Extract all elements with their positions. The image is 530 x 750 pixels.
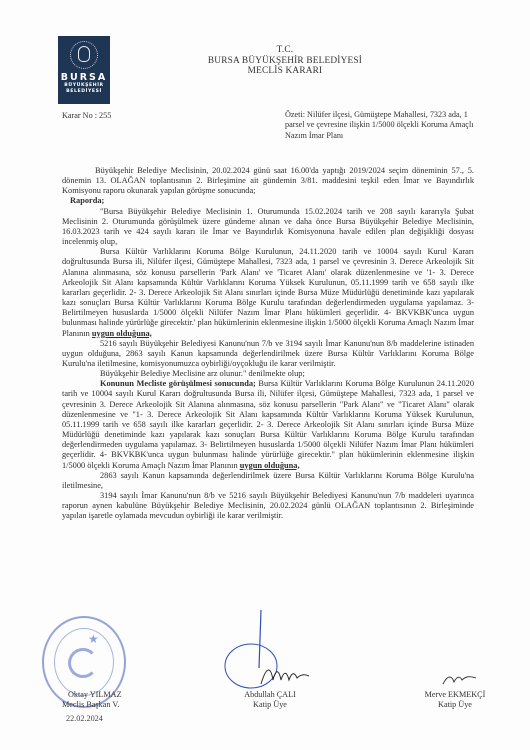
signer-title: Katip Üye: [400, 700, 510, 710]
signature-block-secretary-2: Merve EKMEKÇİ Katip Üye: [400, 690, 510, 711]
header-tc: T.C.: [120, 45, 450, 56]
emblem-icon: [58, 36, 110, 72]
paragraph-report-1: "Bursa Büyükşehir Belediye Meclisinin 1.…: [62, 207, 474, 248]
emphasis-approval-2: uygun olduğuna,: [240, 461, 300, 470]
signature-scribble-cali: [215, 608, 325, 694]
signature-date: 22.02.2024: [66, 714, 103, 723]
paragraph-council-result: Konunun Mecliste görüşülmesi sonucunda; …: [62, 379, 474, 470]
logo-text-bursa: BURSA: [58, 73, 110, 83]
paragraph-intro: Büyükşehir Belediye Meclisinin, 20.02.20…: [62, 166, 474, 196]
signer-name: Merve EKMEKÇİ: [400, 690, 510, 700]
heading-raporda: Raporda;: [62, 196, 474, 206]
bursa-logo: BURSA BÜYÜKŞEHİR BELEDİYESİ: [58, 36, 110, 104]
signer-title: Katip Üye: [215, 700, 325, 710]
document-header: T.C. BURSA BÜYÜKŞEHİR BELEDİYESİ MECLİS …: [120, 45, 450, 77]
paragraph-report-end: Büyükşehir Belediye Meclisine arz olunur…: [62, 369, 474, 379]
signature-block-secretary-1: Abdullah ÇALI Katip Üye: [215, 690, 325, 711]
paragraph-final-decision: 3194 sayılı İmar Kanunu'nun 8/b ve 5216 …: [62, 491, 474, 521]
signer-name: Oktay YILMAZ: [48, 690, 168, 700]
document-page: BURSA BÜYÜKŞEHİR BELEDİYESİ T.C. BURSA B…: [0, 0, 530, 750]
signature-block-president: Oktay YILMAZ Meclis Başkan V.: [48, 690, 168, 711]
paragraph-report-3: 5216 sayılı Büyükşehir Belediyesi Kanunu…: [62, 339, 474, 369]
decision-summary: Özeti: Nilüfer ilçesi, Gümüştepe Mahalle…: [285, 110, 475, 141]
document-body: Büyükşehir Belediye Meclisinin, 20.02.20…: [62, 166, 474, 521]
paragraph-forwarding: 2863 sayılı Kanun kapsamında değerlendir…: [62, 471, 474, 491]
council-result-heading: Konunun Mecliste görüşülmesi sonucunda;: [100, 379, 256, 388]
logo-text-belediyesi: BELEDİYESİ: [58, 89, 110, 95]
paragraph-report-2: Bursa Kültür Varlıklarını Koruma Bölge K…: [62, 247, 474, 338]
header-institution: BURSA BÜYÜKŞEHİR BELEDİYESİ: [120, 56, 450, 67]
signer-name: Abdullah ÇALI: [215, 690, 325, 700]
emphasis-approval: uygun olduğuna,: [92, 329, 152, 338]
decision-number: Karar No : 255: [62, 111, 111, 120]
header-doc-type: MECLİS KARARI: [120, 66, 450, 77]
signer-title: Meclis Başkan V.: [48, 700, 168, 710]
signature-scribble-ekmekci: [440, 668, 480, 690]
